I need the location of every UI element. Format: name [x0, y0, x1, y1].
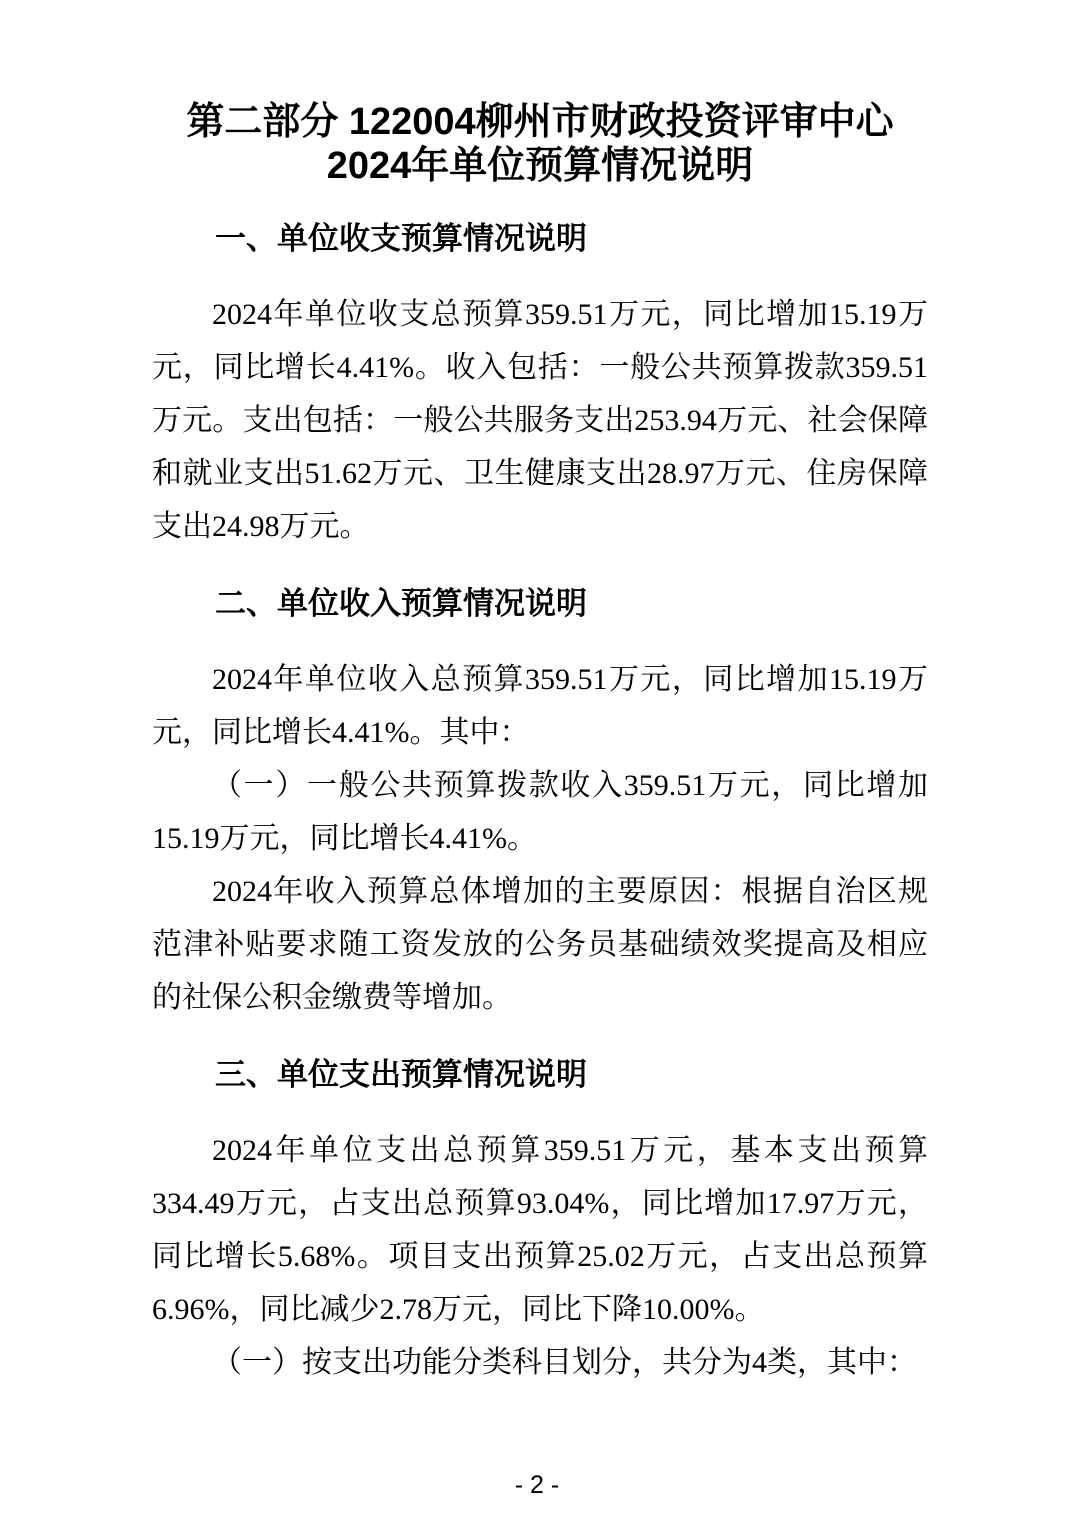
document-title: 第二部分 122004柳州市财政投资评审中心 2024年单位预算情况说明: [152, 100, 928, 188]
section-2-paragraph-2: （一）一般公共预算拨款收入359.51万元，同比增加15.19万元，同比增长4.…: [152, 759, 928, 865]
page-number: - 2 -: [515, 1471, 559, 1499]
section-income-budget: 二、单位收入预算情况说明 2024年单位收入总预算359.51万元，同比增加15…: [152, 584, 928, 1024]
section-2-paragraph-1: 2024年单位收入总预算359.51万元，同比增加15.19万元，同比增长4.4…: [152, 653, 928, 759]
section-2-heading: 二、单位收入预算情况说明: [152, 584, 928, 624]
section-income-expenditure-overview: 一、单位收支预算情况说明 2024年单位收支总预算359.51万元，同比增加15…: [152, 219, 928, 553]
section-1-paragraph-1: 2024年单位收支总预算359.51万元，同比增加15.19万元，同比增长4.4…: [152, 288, 928, 553]
section-3-paragraph-2: （一）按支出功能分类科目划分，共分为4类，其中：: [152, 1336, 928, 1389]
page-footer: - 2 -: [0, 1470, 1074, 1500]
section-3-heading: 三、单位支出预算情况说明: [152, 1055, 928, 1095]
document-title-line-1: 第二部分 122004柳州市财政投资评审中心: [152, 100, 928, 144]
document-page: 第二部分 122004柳州市财政投资评审中心 2024年单位预算情况说明 一、单…: [0, 0, 1074, 1520]
document-title-line-2: 2024年单位预算情况说明: [152, 144, 928, 188]
section-3-paragraph-1: 2024年单位支出总预算359.51万元，基本支出预算334.49万元，占支出总…: [152, 1124, 928, 1336]
section-expenditure-budget: 三、单位支出预算情况说明 2024年单位支出总预算359.51万元，基本支出预算…: [152, 1055, 928, 1389]
document-content: 第二部分 122004柳州市财政投资评审中心 2024年单位预算情况说明 一、单…: [152, 0, 928, 1389]
section-2-paragraph-3: 2024年收入预算总体增加的主要原因：根据自治区规范津补贴要求随工资发放的公务员…: [152, 865, 928, 1024]
section-1-heading: 一、单位收支预算情况说明: [152, 219, 928, 259]
